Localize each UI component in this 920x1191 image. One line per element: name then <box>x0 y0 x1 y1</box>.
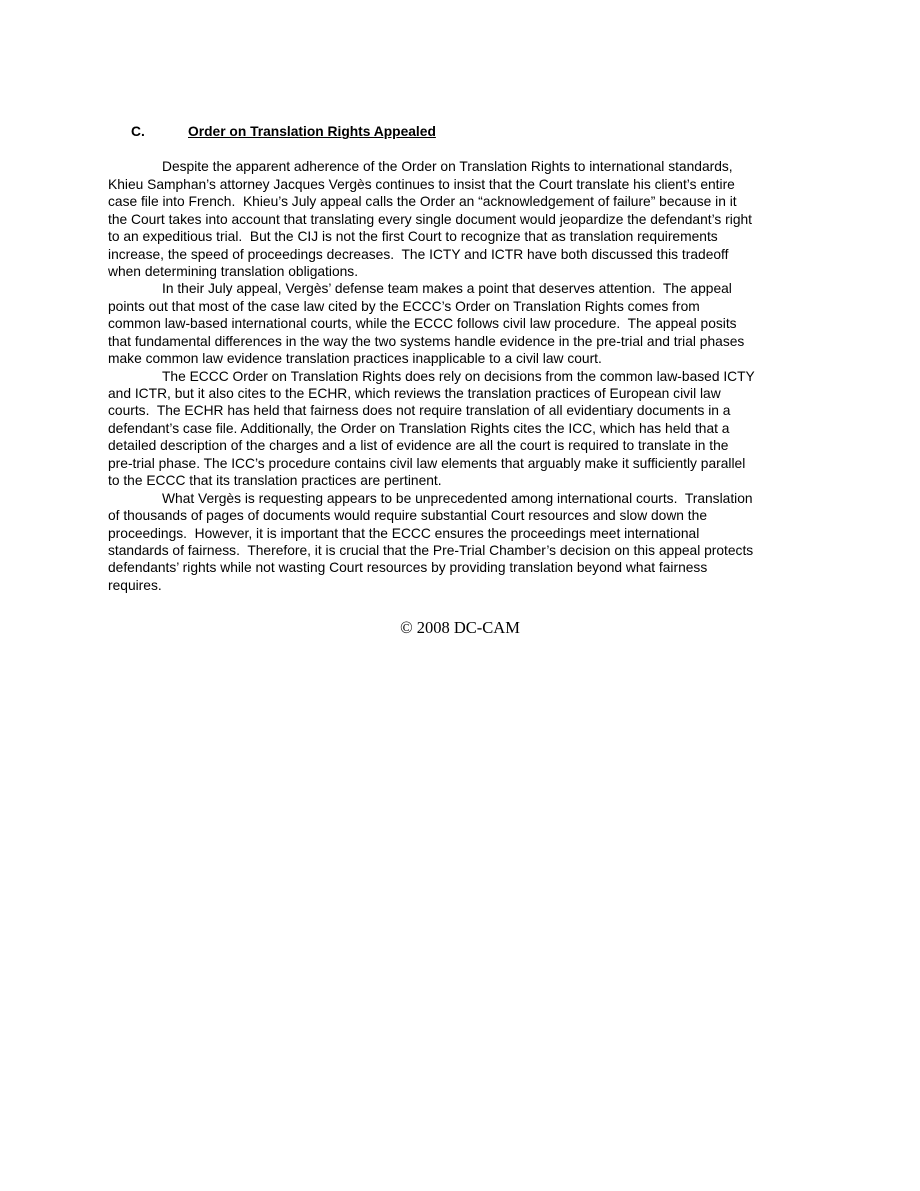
text-line: when determining translation obligations… <box>108 263 812 280</box>
text-line: In their July appeal, Vergès’ defense te… <box>108 280 812 297</box>
paragraph: Despite the apparent adherence of the Or… <box>108 158 812 280</box>
section-label: C. <box>131 123 188 140</box>
text-line: case file into French. Khieu’s July appe… <box>108 193 812 210</box>
text-line: standards of fairness. Therefore, it is … <box>108 542 812 559</box>
section-heading: C.Order on Translation Rights Appealed <box>108 106 812 158</box>
text-line: What Vergès is requesting appears to be … <box>108 490 812 507</box>
text-line: Despite the apparent adherence of the Or… <box>108 158 812 175</box>
text-line: courts. The ECHR has held that fairness … <box>108 402 812 419</box>
text-line: make common law evidence translation pra… <box>108 350 812 367</box>
text-line: increase, the speed of proceedings decre… <box>108 246 812 263</box>
paragraph: What Vergès is requesting appears to be … <box>108 490 812 595</box>
text-line: Khieu Samphan’s attorney Jacques Vergès … <box>108 176 812 193</box>
text-line: common law-based international courts, w… <box>108 315 812 332</box>
paragraph: The ECCC Order on Translation Rights doe… <box>108 368 812 490</box>
text-line: proceedings. However, it is important th… <box>108 525 812 542</box>
text-line: the Court takes into account that transl… <box>108 211 812 228</box>
text-line: defendant’s case file. Additionally, the… <box>108 420 812 437</box>
paragraph: In their July appeal, Vergès’ defense te… <box>108 280 812 367</box>
text-line: of thousands of pages of documents would… <box>108 507 812 524</box>
text-line: points out that most of the case law cit… <box>108 298 812 315</box>
section-title: Order on Translation Rights Appealed <box>188 124 436 139</box>
copyright-line: © 2008 DC-CAM <box>108 618 812 637</box>
text-line: that fundamental differences in the way … <box>108 333 812 350</box>
text-line: to an expeditious trial. But the CIJ is … <box>108 228 812 245</box>
text-line: The ECCC Order on Translation Rights doe… <box>108 368 812 385</box>
text-line: requires. <box>108 577 812 594</box>
body-paragraphs: Despite the apparent adherence of the Or… <box>108 158 812 594</box>
text-line: defendants’ rights while not wasting Cou… <box>108 559 812 576</box>
text-line: to the ECCC that its translation practic… <box>108 472 812 489</box>
document-page: C.Order on Translation Rights Appealed D… <box>0 0 920 1191</box>
text-line: and ICTR, but it also cites to the ECHR,… <box>108 385 812 402</box>
text-line: pre-trial phase. The ICC’s procedure con… <box>108 455 812 472</box>
document-content: C.Order on Translation Rights Appealed D… <box>108 106 812 637</box>
text-line: detailed description of the charges and … <box>108 437 812 454</box>
